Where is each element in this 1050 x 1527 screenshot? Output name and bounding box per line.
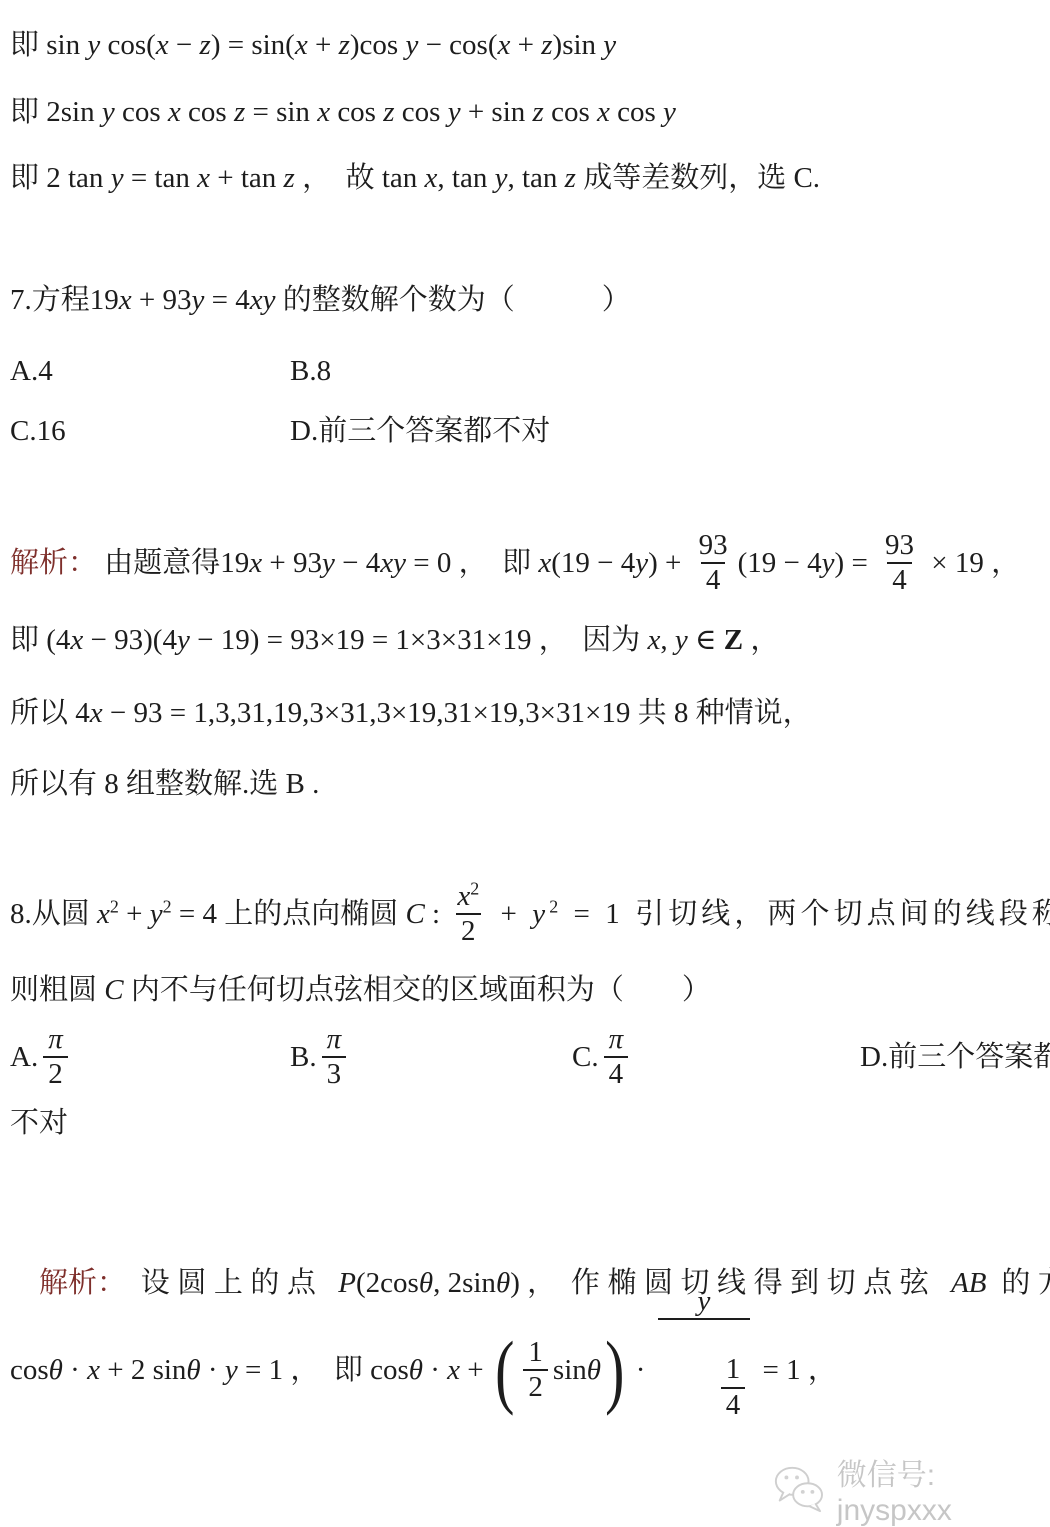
fraction-denominator: 4	[721, 1387, 746, 1422]
fraction-pi-over-4: π 4	[604, 1023, 629, 1092]
q8-option-b: B. π 3	[290, 1024, 351, 1090]
q8-analysis-cn-2: 作椭圆切线得到切点弦	[556, 1267, 951, 1299]
formula-line-1: 即 sin y cos(x − z) = sin(x + z)cos y − c…	[10, 26, 616, 64]
q8-formula-line: cosθ · x + 2 sinθ · y = 1 ， 即 cosθ · x +…	[10, 1305, 837, 1435]
fraction-x2-over-2: x2 2	[452, 880, 484, 949]
q7-analysis-text-3: × 19 ，	[924, 544, 1020, 582]
fraction-1-over-4: 1 4	[721, 1353, 746, 1422]
fraction-numerator: x2	[452, 880, 484, 913]
wechat-icon	[772, 1463, 828, 1515]
fraction-pi-over-3: π 3	[322, 1023, 347, 1092]
question-8-title-line-2: 则粗圆 C 内不与任何切点弦相交的区域面积为（ ）	[10, 971, 711, 1009]
q8-analysis-cn-1: 设圆上的点	[126, 1267, 338, 1299]
q8-formula-text-1: cosθ · x + 2 sinθ · y = 1 ， 即 cosθ · x +	[10, 1351, 491, 1389]
q8-option-d-label: D.前三个答案都	[860, 1038, 1050, 1076]
q8-option-b-label: B.	[290, 1038, 317, 1076]
q8-formula-dot: ·	[629, 1351, 653, 1389]
fraction-denominator: 2	[523, 1369, 548, 1404]
fraction-denominator: 2	[43, 1056, 68, 1091]
q7-analysis-line-4: 所以有 8 组整数解.选 B .	[10, 765, 319, 803]
fraction-pi-over-2: π 2	[43, 1023, 68, 1092]
q7-analysis-line-3: 所以 4x − 93 = 1,3,31,19,3×31,3×19,31×19,3…	[10, 694, 812, 732]
fraction-numerator: 1	[721, 1353, 746, 1386]
q8-option-c: C. π 4	[572, 1024, 633, 1090]
fraction-numerator: 1	[523, 1336, 548, 1369]
q8-analysis-math-1: P(2cosθ, 2sinθ) ，	[338, 1267, 556, 1299]
fraction-numerator: y	[693, 1285, 716, 1318]
fraction-denominator: 4	[604, 1056, 629, 1091]
q7-option-d: D.前三个答案都不对	[290, 412, 550, 450]
fraction-denominator: 1 4	[658, 1318, 751, 1455]
q7-analysis-text-2: (19 − 4y) =	[738, 544, 875, 582]
fraction-numerator: π	[604, 1023, 629, 1056]
fraction-numerator: 93	[694, 529, 733, 562]
watermark-text: 微信号: jnyspxxx	[837, 1450, 1050, 1527]
fraction-denominator: 2	[456, 913, 481, 948]
q8-formula-text-2: = 1 ，	[755, 1351, 837, 1389]
q8-title-text-2: + y2 = 1 引切线，两个切点间的线段称为切点弦，	[489, 895, 1050, 933]
q7-analysis-line-2: 即 (4x − 93)(4y − 19) = 93×19 = 1×3×31×19…	[10, 621, 779, 659]
formula-line-3: 即 2 tan y = tan x + tan z ， 故 tan x, tan…	[10, 159, 820, 197]
q8-option-a: A. π 2	[10, 1024, 73, 1090]
fraction-denominator: 4	[701, 562, 726, 597]
q8-option-d-wrap: 不对	[10, 1104, 68, 1142]
analysis-label: 解析：	[10, 544, 97, 582]
q8-option-c-label: C.	[572, 1038, 599, 1076]
q8-analysis-math-2: AB	[951, 1267, 986, 1299]
q8-option-a-label: A.	[10, 1038, 38, 1076]
fraction-y-over-one-quarter: y 1 4	[658, 1285, 751, 1456]
analysis-label: 解析：	[39, 1267, 126, 1299]
q8-analysis-cn-3: 的方程为	[987, 1267, 1050, 1299]
q7-analysis-text-1: 由题意得19x + 93y − 4xy = 0 ， 即 x(19 − 4y) +	[97, 544, 689, 582]
fraction-93-over-4: 93 4	[880, 529, 919, 598]
fraction-1-over-2: 1 2	[523, 1336, 548, 1405]
question-8-title-line-1: 8.从圆 x2 + y2 = 4 上的点向椭圆 C : x2 2 + y2 = …	[10, 868, 1050, 960]
question-7-title: 7.方程19x + 93y = 4xy 的整数解个数为（ ）	[10, 281, 631, 319]
fraction-denominator: 4	[887, 562, 912, 597]
q7-analysis-line-1: 解析： 由题意得19x + 93y − 4xy = 0 ， 即 x(19 − 4…	[10, 520, 1020, 606]
fraction-denominator: 3	[322, 1056, 347, 1091]
q8-formula-sin-term: sinθ	[553, 1351, 601, 1389]
watermark: 微信号: jnyspxxx	[772, 1450, 1050, 1527]
fraction-93-over-4: 93 4	[694, 529, 733, 598]
fraction-numerator: π	[322, 1023, 347, 1056]
q7-option-c: C.16	[10, 412, 66, 450]
formula-line-2: 即 2sin y cos x cos z = sin x cos z cos y…	[10, 93, 676, 131]
q7-option-a: A.4	[10, 352, 53, 390]
document-page: 即 sin y cos(x − z) = sin(x + z)cos y − c…	[0, 0, 1050, 1527]
fraction-numerator: π	[43, 1023, 68, 1056]
fraction-numerator: 93	[880, 529, 919, 562]
q7-option-b: B.8	[290, 352, 331, 390]
q8-title-text-1: 8.从圆 x2 + y2 = 4 上的点向椭圆 C :	[10, 895, 447, 933]
q8-option-d: D.前三个答案都	[860, 1024, 1050, 1090]
